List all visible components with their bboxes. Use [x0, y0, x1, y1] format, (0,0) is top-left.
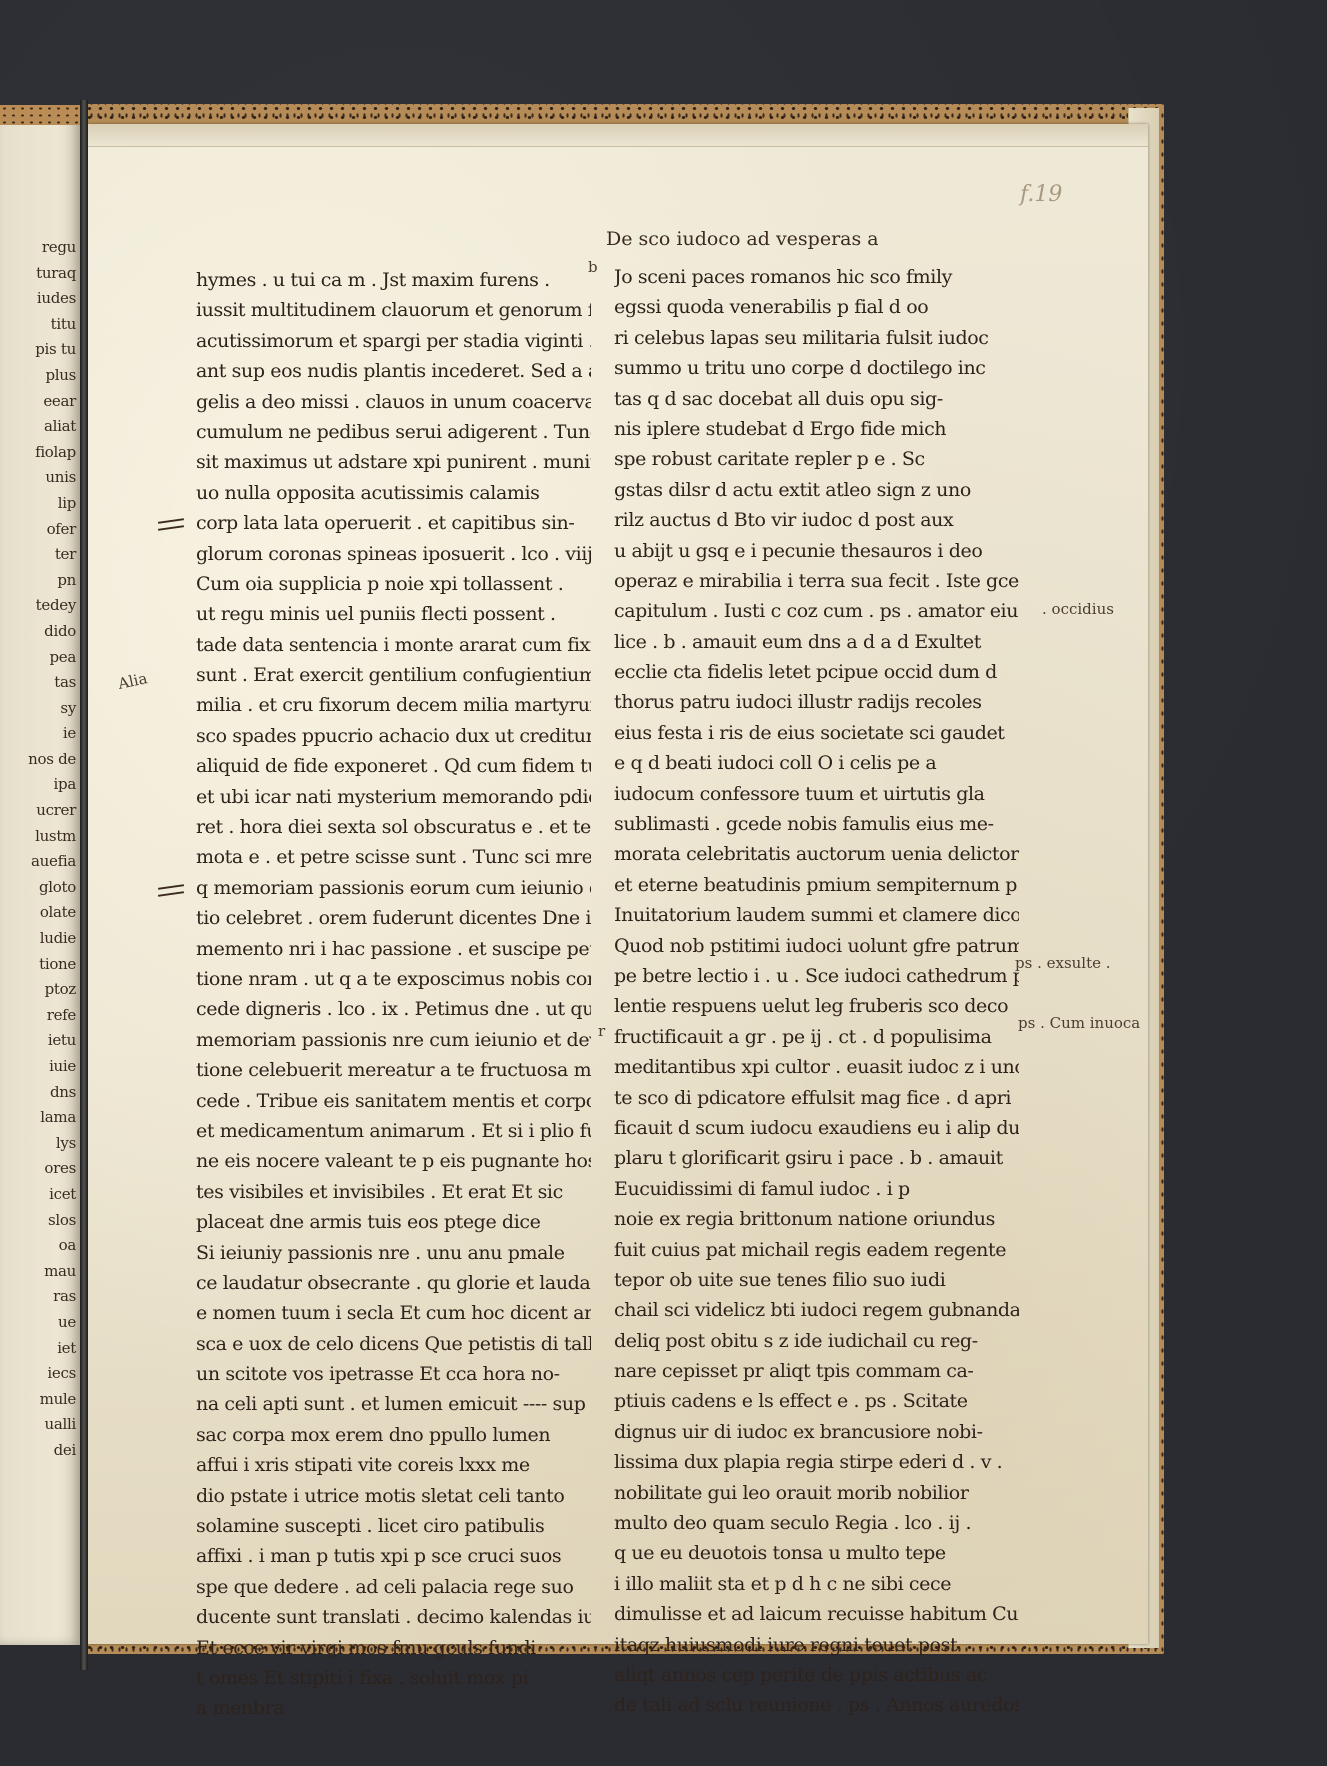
manuscript-line: Quod nob pstitimi iudoci uolunt gfre pat… [614, 931, 1019, 961]
manuscript-line: sit maximus ut adstare xpi punirent . mu… [196, 447, 591, 477]
verso-line-fragment: dns [0, 1080, 76, 1106]
verso-line-fragment: pn [0, 568, 76, 594]
manuscript-line: nis iplere studebat d Ergo fide mich [614, 414, 1019, 444]
manuscript-line: capitulum . Iusti c coz cum . ps . amato… [614, 596, 1019, 626]
manuscript-line: multo deo quam seculo Regia . lco . ij . [614, 1508, 1019, 1538]
verso-line-fragment: lys [0, 1131, 76, 1157]
manuscript-line: spe robust caritate repler p e . Sc [614, 444, 1019, 474]
manuscript-line: gelis a deo missi . clauos in unum coace… [196, 387, 591, 417]
manuscript-line: fuit cuius pat michail regis eadem regen… [614, 1235, 1019, 1265]
verso-line-fragment: titu [0, 312, 76, 338]
manuscript-line: Inuitatorium laudem summi et clamere dic… [614, 900, 1019, 930]
manuscript-line: memento nri i hac passione . et suscipe … [196, 934, 591, 964]
manuscript-line: cumulum ne pedibus serui adigerent . Tun… [196, 417, 591, 447]
manuscript-line: ficauit d scum iudocu exaudiens eu i ali… [614, 1113, 1019, 1143]
manuscript-line: nobilitate gui leo orauit morib nobilior [614, 1478, 1019, 1508]
manuscript-line: sac corpa mox erem dno ppullo lumen [196, 1420, 591, 1450]
verso-line-fragment: auefia [0, 849, 76, 875]
verso-line-fragment: tedey [0, 593, 76, 619]
verso-line-fragment: icet [0, 1182, 76, 1208]
manuscript-line: corp lata lata operuerit . et capitibus … [196, 508, 591, 538]
verso-line-fragment: sy [0, 696, 76, 722]
manuscript-line: fructificauit a gr . pe ij . ct . d popu… [614, 1022, 1019, 1052]
text-column-b: Jo sceni paces romanos hic sco fmilyegss… [614, 262, 1019, 1721]
manuscript-line: chail sci videlicz bti iudoci regem gubn… [614, 1295, 1019, 1325]
manuscript-line: glorum coronas spineas iposuerit . lco .… [196, 539, 591, 569]
verso-line-fragment: unis [0, 465, 76, 491]
verso-line-fragment: lip [0, 491, 76, 517]
manuscript-line: et eterne beatudinis pmium sempiternum p [614, 870, 1019, 900]
verso-line-fragment: oa [0, 1233, 76, 1259]
manuscript-line: egssi quoda venerabilis p fial d oo [614, 292, 1019, 322]
manuscript-line: et medicamentum animarum . Et si i plio … [196, 1116, 591, 1146]
manuscript-line: uo nulla opposita acutissimis calamis [196, 478, 591, 508]
verso-text-fragment: reguturaqiudestitupis tupluseearaliatfio… [0, 235, 80, 1464]
verso-line-fragment: lustm [0, 824, 76, 850]
manuscript-line: ret . hora diei sexta sol obscuratus e .… [196, 812, 591, 842]
verso-line-fragment: dei [0, 1438, 76, 1464]
margin-marker-r: r [598, 1022, 605, 1040]
manuscript-line: ant sup eos nudis plantis incederet. Sed… [196, 356, 591, 386]
verso-line-fragment: mule [0, 1387, 76, 1413]
manuscript-line: dimulisse et ad laicum recuisse habitum … [614, 1599, 1019, 1629]
manuscript-line: hymes . u tui ca m . Jst maxim furens . [196, 265, 591, 295]
manuscript-line: tepor ob uite sue tenes filio suo iudi [614, 1265, 1019, 1295]
manuscript-line: Eucuidissimi di famul iudoc . i p [614, 1174, 1019, 1204]
manuscript-line: ducente sunt translati . decimo kalendas… [196, 1602, 591, 1632]
manuscript-line: tio celebret . orem fuderunt dicentes Dn… [196, 903, 591, 933]
verso-line-fragment: iuie [0, 1054, 76, 1080]
verso-line-fragment: tas [0, 670, 76, 696]
verso-page-fragment: reguturaqiudestitupis tupluseearaliatfio… [0, 115, 82, 1645]
verso-line-fragment: turaq [0, 261, 76, 287]
manuscript-line: gstas dilsr d actu extit atleo sign z un… [614, 475, 1019, 505]
manuscript-line: tione nram . ut q a te exposcimus nobis … [196, 964, 591, 994]
manuscript-line: tas q d sac docebat all duis opu sig- [614, 384, 1019, 414]
verso-line-fragment: iet [0, 1336, 76, 1362]
manuscript-line: aliquid de fide exponeret . Qd cum fidem… [196, 751, 591, 781]
manuscript-line: tade data sentencia i monte ararat cum f… [196, 630, 591, 660]
verso-line-fragment: nos de [0, 747, 76, 773]
manuscript-line: affixi . i man p tutis xpi p sce cruci s… [196, 1541, 591, 1571]
manuscript-line: cede . Tribue eis sanitatem mentis et co… [196, 1086, 591, 1116]
manuscript-line: ri celebus lapas seu militaria fulsit iu… [614, 323, 1019, 353]
manuscript-line: memoriam passionis nre cum ieiunio et de… [196, 1025, 591, 1055]
manuscript-line: et ubi icar nati mysterium memorando pdi… [196, 782, 591, 812]
manuscript-line: summo u tritu uno corpe d doctilego inc [614, 353, 1019, 383]
manuscript-line: nare cepisset pr aliqt tpis commam ca- [614, 1356, 1019, 1386]
verso-line-fragment: aliat [0, 414, 76, 440]
manuscript-line: tes visibiles et invisibiles . Et erat E… [196, 1177, 591, 1207]
verso-line-fragment: ucrer [0, 798, 76, 824]
manuscript-line: sublimasti . gcede nobis famulis eius me… [614, 809, 1019, 839]
manuscript-line: iudocum confessore tuum et uirtutis gla [614, 779, 1019, 809]
verso-line-fragment: ofer [0, 517, 76, 543]
verso-line-fragment: ras [0, 1284, 76, 1310]
verso-line-fragment: ie [0, 721, 76, 747]
manuscript-line: te sco di pdicatore effulsit mag fice . … [614, 1083, 1019, 1113]
verso-line-fragment: tione [0, 952, 76, 978]
verso-line-fragment: pis tu [0, 337, 76, 363]
manuscript-line: Cum oia supplicia p noie xpi tollassent … [196, 569, 591, 599]
manuscript-line: Jo sceni paces romanos hic sco fmily [614, 262, 1019, 292]
manuscript-line: t omes Et stipiti i fixa . soluit mox pi [196, 1663, 591, 1693]
verso-line-fragment: gloto [0, 875, 76, 901]
manuscript-line: tione celebuerit mereatur a te fructuosa… [196, 1055, 591, 1085]
manuscript-line: solamine suscepti . licet ciro patibulis [196, 1511, 591, 1541]
manuscript-line: i illo maliit sta et p d h c ne sibi cec… [614, 1569, 1019, 1599]
verso-line-fragment: iecs [0, 1361, 76, 1387]
verso-line-fragment: olate [0, 900, 76, 926]
margin-note-cum-invoca: ps . Cum inuoca [1018, 1014, 1140, 1032]
verso-line-fragment: dido [0, 619, 76, 645]
verso-line-fragment: ores [0, 1156, 76, 1182]
manuscript-line: affui i xris stipati vite coreis lxxx me [196, 1450, 591, 1480]
verso-line-fragment: ietu [0, 1028, 76, 1054]
margin-marker-b: b [588, 258, 598, 276]
text-column-a: hymes . u tui ca m . Jst maxim furens .i… [196, 265, 591, 1724]
manuscript-line: dignus uir di iudoc ex brancusiore nobi- [614, 1417, 1019, 1447]
verso-line-fragment: plus [0, 363, 76, 389]
verso-line-fragment: ludie [0, 926, 76, 952]
manuscript-line: milia . et cru fixorum decem milia marty… [196, 690, 591, 720]
verso-line-fragment: ptoz [0, 977, 76, 1003]
manuscript-line: mota e . et petre scisse sunt . Tunc sci… [196, 842, 591, 872]
verso-line-fragment: lama [0, 1105, 76, 1131]
manuscript-line: na celi apti sunt . et lumen emicuit ---… [196, 1389, 591, 1419]
manuscript-line: acutissimorum et spargi per stadia vigin… [196, 326, 591, 356]
manuscript-line: Et ecce vir virgi mos fmu gculs fundi [196, 1633, 591, 1663]
manuscript-line: lissima dux plapia regia stirpe ederi d … [614, 1447, 1019, 1477]
manuscript-line: pe betre lectio i . u . Sce iudoci cathe… [614, 961, 1019, 991]
manuscript-line: sunt . Erat exercit gentilium confugient… [196, 660, 591, 690]
verso-line-fragment: ter [0, 542, 76, 568]
manuscript-line: dio pstate i utrice motis sletat celi ta… [196, 1481, 591, 1511]
manuscript-line: iussit multitudinem clauorum et genorum … [196, 295, 591, 325]
binding-gutter [80, 100, 88, 1670]
manuscript-line: e nomen tuum i secla Et cum hoc dicent a… [196, 1298, 591, 1328]
page-top-edge [88, 124, 1148, 147]
verso-line-fragment: mau [0, 1259, 76, 1285]
verso-line-fragment: eear [0, 389, 76, 415]
manuscript-line: thorus patru iudoci illustr radijs recol… [614, 687, 1019, 717]
manuscript-line: itaqz huiusmodi iure regni teuet post [614, 1630, 1019, 1660]
manuscript-line: plaru t glorificarit gsiru i pace . b . … [614, 1143, 1019, 1173]
verso-line-fragment: fiolap [0, 440, 76, 466]
verso-line-fragment: refe [0, 1003, 76, 1029]
manuscript-line: q ue eu deuotois tonsa u multo tepe [614, 1538, 1019, 1568]
manuscript-line: lice . b . amauit eum dns a d a d Exulte… [614, 627, 1019, 657]
manuscript-line: morata celebritatis auctorum uenia delic… [614, 839, 1019, 869]
manuscript-line: e q d beati iudoci coll O i celis pe a [614, 748, 1019, 778]
manuscript-line: noie ex regia brittonum natione oriundus [614, 1204, 1019, 1234]
manuscript-line: placeat dne armis tuis eos ptege dice [196, 1207, 591, 1237]
manuscript-line: eius festa i ris de eius societate sci g… [614, 718, 1019, 748]
verso-line-fragment: ipa [0, 772, 76, 798]
manuscript-line: ce laudatur obsecrante . qu glorie et la… [196, 1268, 591, 1298]
manuscript-line: lentie respuens uelut leg fruberis sco d… [614, 991, 1019, 1021]
manuscript-line: sca e uox de celo dicens Que petistis di… [196, 1329, 591, 1359]
manuscript-line: meditantibus xpi cultor . euasit iudoc z… [614, 1052, 1019, 1082]
manuscript-line: spe que dedere . ad celi palacia rege su… [196, 1572, 591, 1602]
verso-line-fragment: ue [0, 1310, 76, 1336]
manuscript-line: ne eis nocere valeant te p eis pugnante … [196, 1146, 591, 1176]
folio-number: f.19 [1020, 182, 1062, 207]
verso-line-fragment: ualli [0, 1412, 76, 1438]
manuscript-line: sco spades ppucrio achacio dux ut credit… [196, 721, 591, 751]
verso-line-fragment: slos [0, 1208, 76, 1234]
manuscript-line: deliq post obitu s z ide iudichail cu re… [614, 1326, 1019, 1356]
verso-line-fragment: iudes [0, 286, 76, 312]
manuscript-line: q memoriam passionis eorum cum ieiunio e… [196, 873, 591, 903]
verso-board-edge [0, 105, 82, 125]
verso-line-fragment: pea [0, 645, 76, 671]
manuscript-line: a menbra [196, 1693, 591, 1723]
margin-note-exsulte: ps . exsulte . [1015, 954, 1111, 972]
rubric-heading: De sco iudoco ad vesperas a [606, 228, 879, 250]
manuscript-line: Si ieiuniy passionis nre . unu anu pmale [196, 1238, 591, 1268]
verso-line-fragment: regu [0, 235, 76, 261]
manuscript-line: ptiuis cadens e ls effect e . ps . Scita… [614, 1386, 1019, 1416]
manuscript-line: ut regu minis uel puniis flecti possent … [196, 599, 591, 629]
manuscript-line: rilz auctus d Bto vir iudoc d post aux [614, 505, 1019, 535]
manuscript-line: cede digneris . lco . ix . Petimus dne .… [196, 994, 591, 1024]
manuscript-line: ecclie cta fidelis letet pcipue occid du… [614, 657, 1019, 687]
manuscript-line: operaz e mirabilia i terra sua fecit . I… [614, 566, 1019, 596]
margin-note-occidius: . occidius [1042, 600, 1114, 618]
manuscript-line: de tali ad sclu reunione . ps . Annos au… [614, 1690, 1019, 1720]
manuscript-line: aliqt annos cep perite de ppis actibus a… [614, 1660, 1019, 1690]
manuscript-line: un scitote vos ipetrasse Et cca hora no- [196, 1359, 591, 1389]
manuscript-line: u abijt u gsq e i pecunie thesauros i de… [614, 536, 1019, 566]
